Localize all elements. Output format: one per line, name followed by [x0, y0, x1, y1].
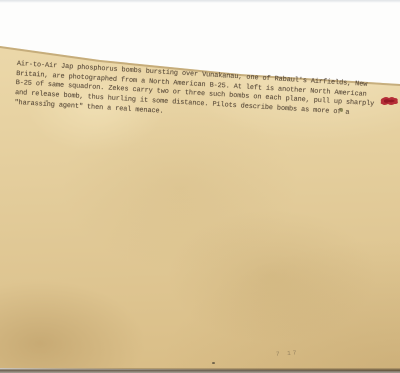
red-ink-smudge-icon: [378, 94, 399, 108]
scanned-photo-back: Air-to-Air Jap phosphorus bombs bursting…: [0, 0, 400, 373]
dust-speck: [46, 100, 48, 102]
scanner-edge-band: [0, 0, 400, 3]
dust-speck: [212, 362, 215, 364]
paper-bottom-edge-shadow: [0, 368, 400, 373]
dust-speck: [340, 108, 343, 112]
